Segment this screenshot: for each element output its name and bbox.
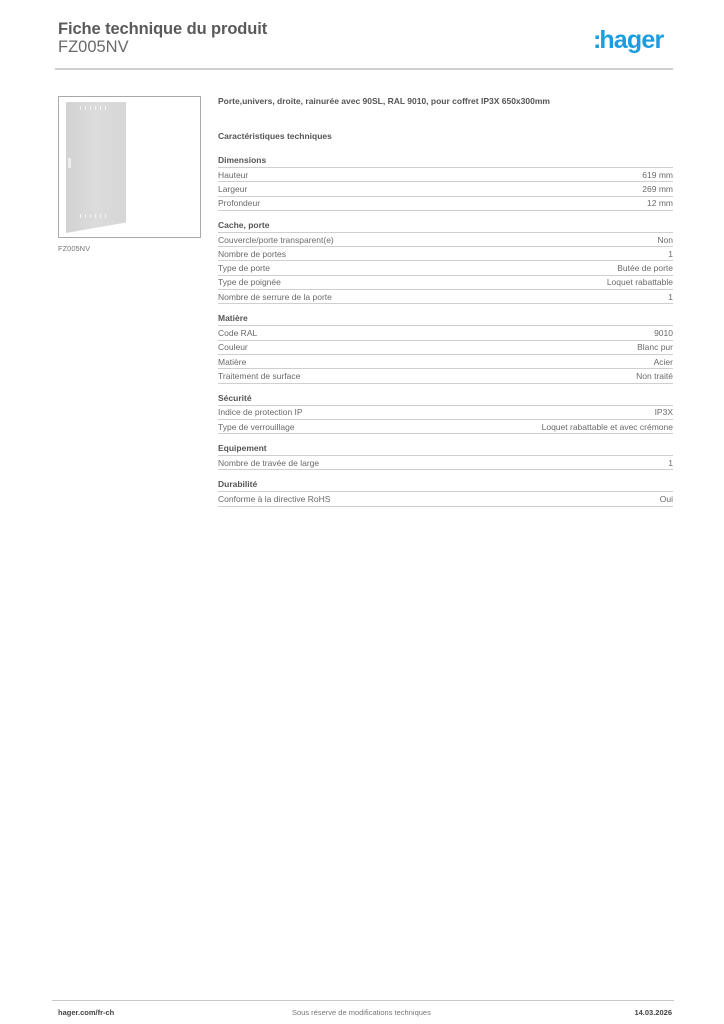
spec-label: Type de porte: [218, 263, 270, 273]
spec-value: Oui: [660, 494, 673, 504]
spec-group: Cache, porteCouvercle/porte transparent(…: [218, 220, 673, 304]
footer-divider: [52, 1000, 674, 1001]
product-code: FZ005NV: [58, 38, 129, 57]
footer-disclaimer: Sous réserve de modifications techniques: [292, 1008, 431, 1017]
spec-group: DimensionsHauteur619 mmLargeur269 mmProf…: [218, 155, 673, 211]
spec-value: 12 mm: [647, 198, 673, 208]
spec-row: Profondeur12 mm: [218, 197, 673, 211]
spec-value: Acier: [654, 357, 673, 367]
ventilation-slots-top: [80, 106, 110, 110]
page-title: Fiche technique du produit: [58, 20, 267, 39]
spec-row: Traitement de surfaceNon traité: [218, 369, 673, 383]
spec-row: Couvercle/porte transparent(e)Non: [218, 233, 673, 247]
spec-group: SécuritéIndice de protection IPIP3XType …: [218, 393, 673, 435]
spec-label: Matière: [218, 357, 246, 367]
spec-row: Type de verrouillageLoquet rabattable et…: [218, 420, 673, 434]
spec-value: IP3X: [655, 407, 673, 417]
spec-label: Conforme à la directive RoHS: [218, 494, 330, 504]
door-handle: [68, 158, 71, 168]
spec-label: Code RAL: [218, 328, 257, 338]
spec-value: Non traité: [636, 371, 673, 381]
spec-value: Butée de porte: [617, 263, 673, 273]
spec-label: Profondeur: [218, 198, 260, 208]
spec-groups: DimensionsHauteur619 mmLargeur269 mmProf…: [218, 155, 673, 507]
spec-label: Traitement de surface: [218, 371, 300, 381]
footer-date: 14.03.2026: [634, 1008, 672, 1017]
spec-group: EquipementNombre de travée de large1: [218, 443, 673, 470]
spec-row: Indice de protection IPIP3X: [218, 406, 673, 420]
spec-label: Largeur: [218, 184, 247, 194]
door-panel-image: [66, 102, 126, 233]
spec-value: Loquet rabattable: [607, 277, 673, 287]
spec-value: 269 mm: [642, 184, 673, 194]
spec-value: 1: [668, 292, 673, 302]
spec-group-title: Durabilité: [218, 479, 673, 492]
spec-label: Nombre de travée de large: [218, 458, 319, 468]
spec-value: 1: [668, 458, 673, 468]
spec-group-title: Equipement: [218, 443, 673, 456]
spec-label: Type de verrouillage: [218, 422, 295, 432]
spec-label: Indice de protection IP: [218, 407, 303, 417]
spec-row: MatièreAcier: [218, 355, 673, 369]
spec-label: Hauteur: [218, 170, 248, 180]
header-divider: [55, 68, 673, 70]
spec-sheet: Porte,univers, droite, rainurée avec 90S…: [218, 96, 673, 516]
spec-value: 619 mm: [642, 170, 673, 180]
spec-group: DurabilitéConforme à la directive RoHSOu…: [218, 479, 673, 506]
logo-text: hager: [599, 26, 663, 54]
spec-group-title: Matière: [218, 313, 673, 326]
spec-value: 9010: [654, 328, 673, 338]
spec-value: Blanc pur: [637, 342, 673, 352]
product-description: Porte,univers, droite, rainurée avec 90S…: [218, 96, 673, 131]
spec-label: Nombre de portes: [218, 249, 286, 259]
spec-row: Hauteur619 mm: [218, 168, 673, 182]
spec-row: Nombre de portes1: [218, 247, 673, 261]
spec-row: CouleurBlanc pur: [218, 341, 673, 355]
spec-row: Largeur269 mm: [218, 182, 673, 196]
spec-group-title: Dimensions: [218, 155, 673, 168]
spec-row: Nombre de serrure de la porte1: [218, 290, 673, 304]
spec-label: Couvercle/porte transparent(e): [218, 235, 334, 245]
specs-title: Caractéristiques techniques: [218, 131, 673, 155]
spec-row: Code RAL9010: [218, 326, 673, 340]
spec-label: Nombre de serrure de la porte: [218, 292, 332, 302]
spec-row: Nombre de travée de large1: [218, 456, 673, 470]
spec-row: Conforme à la directive RoHSOui: [218, 492, 673, 506]
spec-value: 1: [668, 249, 673, 259]
spec-row: Type de poignéeLoquet rabattable: [218, 276, 673, 290]
spec-value: Loquet rabattable et avec crémone: [542, 422, 673, 432]
spec-row: Type de porteButée de porte: [218, 261, 673, 275]
hager-logo: :hager: [593, 26, 663, 55]
spec-group-title: Sécurité: [218, 393, 673, 406]
product-image-caption: FZ005NV: [58, 244, 90, 253]
footer-website-link[interactable]: hager.com/fr-ch: [58, 1008, 114, 1017]
spec-label: Couleur: [218, 342, 248, 352]
spec-label: Type de poignée: [218, 277, 281, 287]
product-image-frame: [58, 96, 201, 238]
ventilation-slots-bottom: [80, 214, 110, 218]
spec-value: Non: [657, 235, 673, 245]
spec-group-title: Cache, porte: [218, 220, 673, 233]
spec-group: MatièreCode RAL9010CouleurBlanc purMatiè…: [218, 313, 673, 383]
